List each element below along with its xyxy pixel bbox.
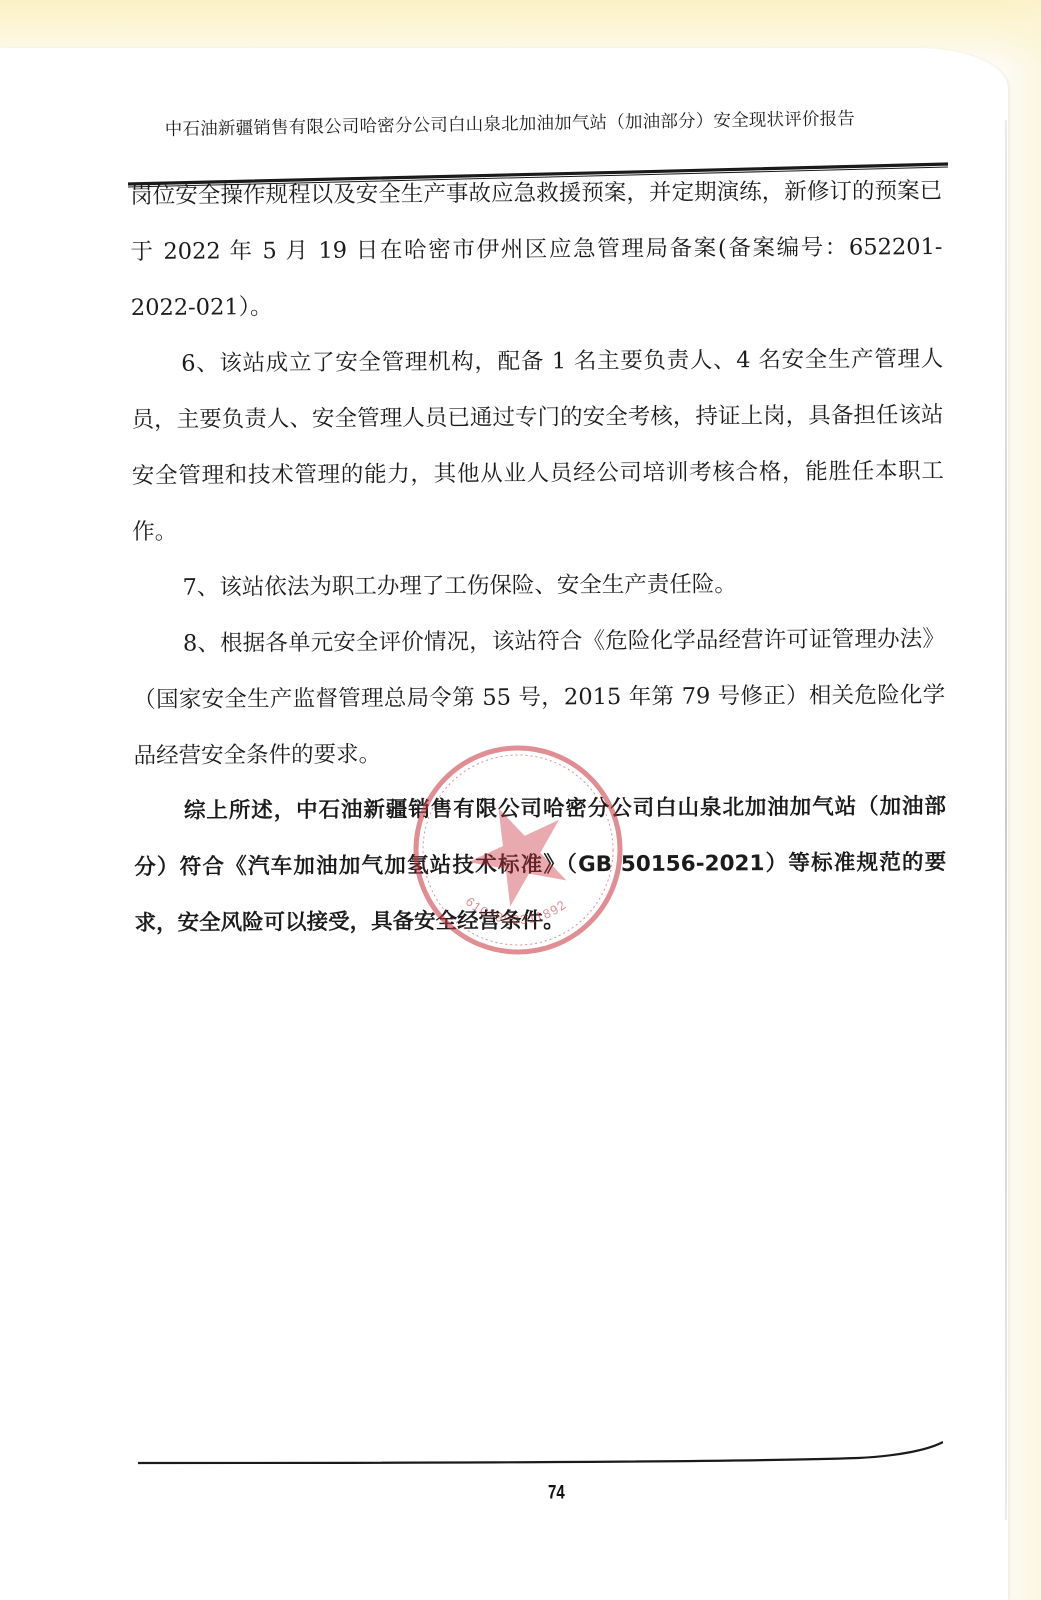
paragraph-continuation: 岗位安全操作规程以及安全生产事故应急救援预案，并定期演练，新修订的预案已于 20… [130,163,943,336]
document-body: 岗位安全操作规程以及安全生产事故应急救援预案，并定期演练，新修订的预案已于 20… [130,163,947,952]
paragraph-item-6: 6、该站成立了安全管理机构，配备 1 名主要负责人、4 名安全生产管理人员，主要… [131,331,944,560]
page-edge-shadow [1005,120,1007,1520]
paragraph-item-7: 7、该站依法为职工办理了工伤保险、安全生产责任险。 [132,555,944,616]
footer-rule [138,1438,943,1468]
paragraph-conclusion: 综上所述，中石油新疆销售有限公司哈密分公司白山泉北加油加气站（加油部分）符合《汽… [134,779,947,952]
paragraph-item-8: 8、根据各单元安全评价情况，该站符合《危险化学品经营许可证管理办法》（国家安全生… [133,611,946,784]
page-number: 74 [548,1481,565,1503]
